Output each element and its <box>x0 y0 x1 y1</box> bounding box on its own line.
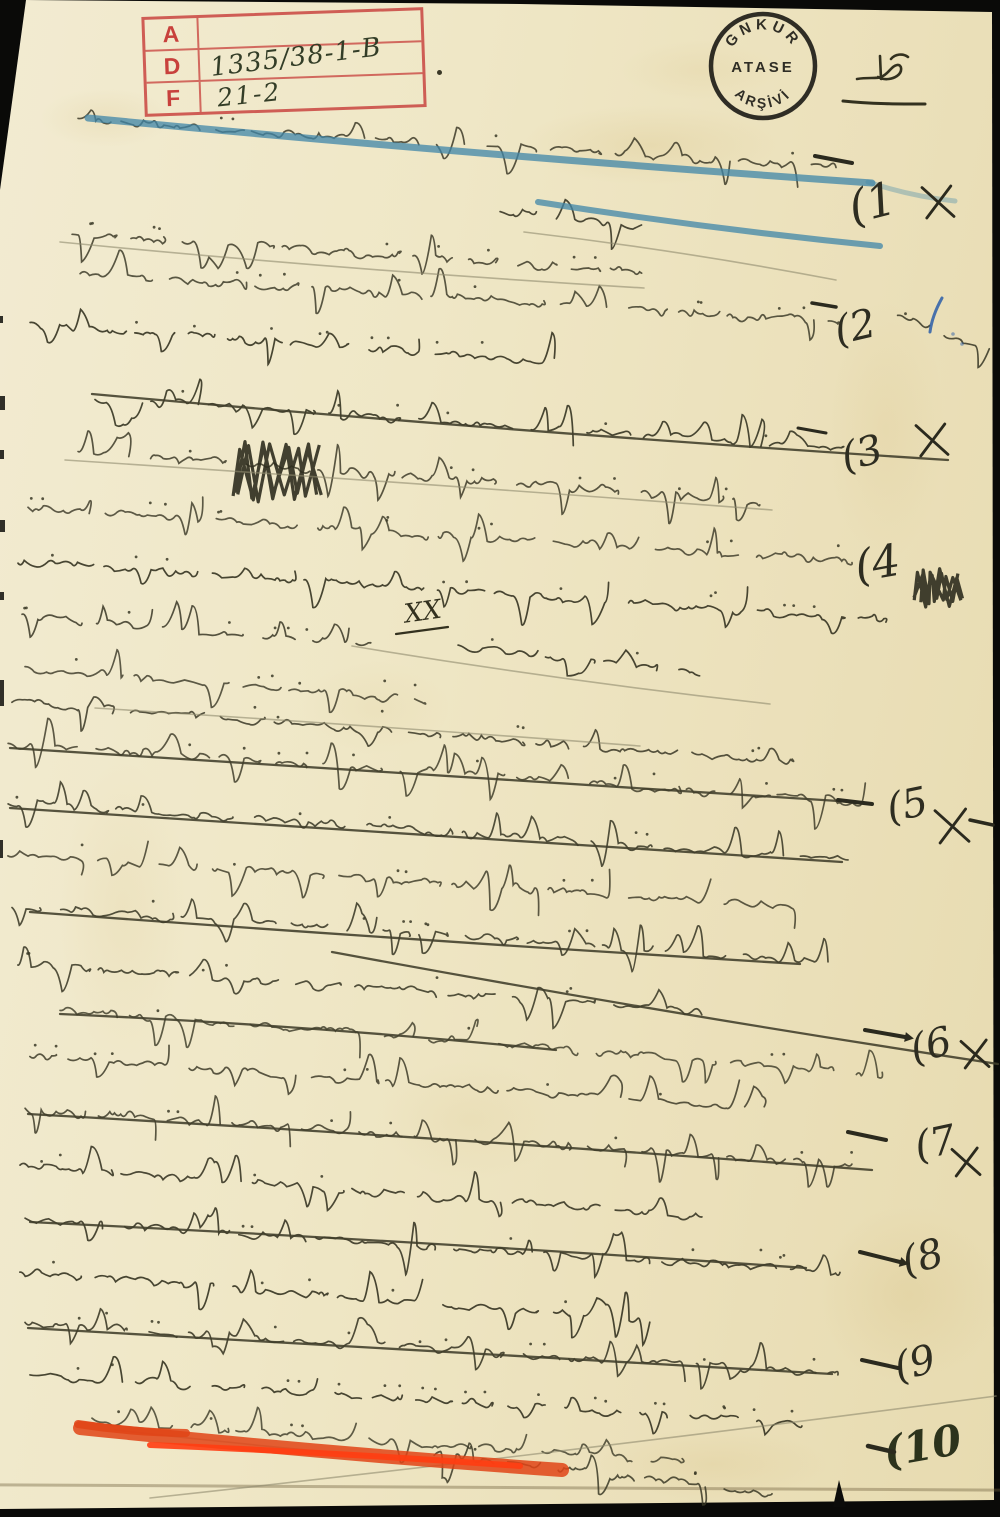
stamp-bottom-text: ARŞİVİ <box>732 85 794 111</box>
diacritic-dot <box>904 312 907 315</box>
diacritic-dot <box>434 1388 437 1391</box>
scan-edge-speck <box>0 592 4 600</box>
diacritic-dot <box>791 152 794 155</box>
diacritic-dot <box>568 930 571 933</box>
diacritic-dot <box>392 1289 395 1292</box>
diacritic-dot <box>242 1225 245 1228</box>
diacritic-dot <box>381 710 384 713</box>
diacritic-dot <box>402 920 405 923</box>
blue-check-mark <box>930 298 942 332</box>
diacritic-dot <box>389 1122 392 1125</box>
stamp-letter-d: D <box>146 50 201 82</box>
item-marker-1: (1 <box>843 171 902 235</box>
stamp-middle-text: ATASE <box>731 59 795 76</box>
diacritic-dot <box>765 782 768 785</box>
diacritic-dot <box>703 1358 706 1361</box>
script-line <box>20 1147 702 1220</box>
diacritic-dot <box>257 676 260 679</box>
diacritic-dot <box>40 1160 43 1163</box>
diacritic-dot <box>753 1408 756 1411</box>
handwritten-note-mark <box>843 55 925 104</box>
diacritic-dot <box>659 1093 662 1096</box>
diacritic-dot <box>474 1448 477 1451</box>
diacritic-dot <box>509 1237 512 1240</box>
dash-mark <box>815 156 852 163</box>
diacritic-dot <box>30 497 33 500</box>
diacritic-dot <box>51 554 54 557</box>
x-mark <box>935 809 969 843</box>
diacritic-dot <box>700 301 703 304</box>
diacritic-dot <box>274 627 277 630</box>
diacritic-dot <box>723 1407 726 1410</box>
diacritic-dot <box>529 1343 532 1346</box>
diacritic-dot <box>135 321 138 324</box>
script-line <box>18 560 887 633</box>
diacritic-dot <box>586 929 589 932</box>
diacritic-dot <box>446 412 449 415</box>
diacritic-dot <box>491 638 494 641</box>
diacritic-dot <box>81 844 84 847</box>
diacritic-dot <box>386 243 389 246</box>
diacritic-dot <box>692 1248 695 1251</box>
script-line <box>60 1008 882 1084</box>
diacritic-dot <box>337 404 340 407</box>
diacritic-dot <box>442 581 445 584</box>
diacritic-dot <box>25 607 28 610</box>
diacritic-dot <box>635 831 638 834</box>
diacritic-dot <box>706 540 709 543</box>
diacritic-dot <box>760 1249 763 1252</box>
diacritic-dot <box>563 879 566 882</box>
diacritic-dot <box>464 1391 467 1394</box>
corps-numeral: XX <box>400 594 444 629</box>
diacritic-dot <box>803 306 806 309</box>
diacritic-dot <box>308 1278 311 1281</box>
scan-edge-speck <box>0 520 5 532</box>
diacritic-dot <box>233 863 236 866</box>
diacritic-dot <box>579 477 582 480</box>
diacritic-dot <box>543 1343 546 1346</box>
script-line <box>30 1357 802 1435</box>
classification-stamp: A D 1335/38-1-B F 21-2 <box>141 7 426 117</box>
diacritic-dot <box>841 789 844 792</box>
diacritic-dot <box>228 621 231 624</box>
diacritic-dot <box>388 816 391 819</box>
diacritic-dot <box>320 1175 323 1178</box>
diacritic-dot <box>41 497 44 500</box>
diacritic-dot <box>751 749 754 752</box>
diacritic-dot <box>636 652 639 655</box>
stamp-value-d: 1335/38-1-B <box>200 42 423 80</box>
diacritic-dot <box>445 1338 448 1341</box>
diacritic-dot <box>188 743 191 746</box>
diacritic-dot <box>352 754 355 757</box>
diacritic-dot <box>573 256 576 259</box>
diacritic-dot <box>450 466 453 469</box>
diacritic-dot <box>202 969 205 972</box>
diacritic-dot <box>791 1410 794 1413</box>
diacritic-dot <box>149 502 152 505</box>
diacritic-dot <box>290 1424 293 1427</box>
diacritic-dot <box>614 1137 617 1140</box>
scan-edge-notch <box>833 1480 846 1507</box>
item-marker-4: (4 <box>851 535 904 593</box>
diacritic-dot <box>157 1321 160 1324</box>
diacritic-dot <box>487 249 490 252</box>
diacritic-dot <box>254 706 257 709</box>
diacritic-dot <box>653 773 656 776</box>
diacritic-dot <box>34 1044 37 1047</box>
diacritic-dot <box>783 1254 786 1257</box>
diacritic-dot <box>613 477 616 480</box>
diacritic-dot <box>472 468 475 471</box>
diacritic-dot <box>343 1068 346 1071</box>
diacritic-dot <box>78 1317 81 1320</box>
scan-edge-speck <box>0 450 4 459</box>
diacritic-dot <box>419 1340 422 1343</box>
item-marker-6: (6 <box>905 1018 956 1073</box>
diacritic-dot <box>105 1312 108 1315</box>
diacritic-dot <box>135 556 138 559</box>
diacritic-dot <box>193 325 196 328</box>
diacritic-dot <box>765 434 768 437</box>
diacritic-dot <box>319 332 322 335</box>
script-line <box>78 431 760 524</box>
blue-pencil-underline <box>88 118 872 183</box>
script-line <box>30 309 555 364</box>
item-marker-8: (8 <box>897 1230 949 1285</box>
script-line <box>8 841 795 928</box>
diacritic-dot <box>251 1225 254 1228</box>
diacritic-dot <box>158 227 161 230</box>
diacritic-dot <box>779 1256 782 1259</box>
diacritic-dot <box>225 964 228 967</box>
x-mark <box>916 424 948 456</box>
diacritic-dot <box>566 990 569 993</box>
strike-line <box>60 1014 556 1050</box>
diacritic-dot <box>730 540 733 543</box>
diacritic-dot <box>560 587 563 590</box>
diacritic-dot <box>495 134 498 137</box>
diacritic-dot <box>537 1393 540 1396</box>
strike-line <box>10 808 842 862</box>
item-marker-2: (2 <box>830 300 880 354</box>
diacritic-dot <box>77 1367 80 1370</box>
strike-line <box>30 1222 806 1268</box>
diacritic-dot <box>301 1424 304 1427</box>
diacritic-dot <box>298 682 301 685</box>
script-line <box>25 650 426 713</box>
diacritic-dot <box>371 336 374 339</box>
item-marker-10: (10 <box>880 1415 966 1477</box>
scan-edge-speck <box>0 680 4 706</box>
diacritic-dot <box>142 803 145 806</box>
diacritic-dot <box>437 245 440 248</box>
diacritic-dot <box>604 422 607 425</box>
corps-numeral-underline <box>396 627 448 634</box>
diacritic-dot <box>94 1052 97 1055</box>
diacritic-dot <box>398 1384 401 1387</box>
diacritic-dot <box>217 511 220 514</box>
diacritic-dot <box>261 1282 264 1285</box>
diacritic-dot <box>330 1119 333 1122</box>
diacritic-dot <box>564 1300 567 1303</box>
diacritic-dot <box>385 519 388 522</box>
diacritic-dot <box>287 627 290 630</box>
dash-mark <box>860 1252 900 1262</box>
diacritic-dot <box>59 1154 62 1157</box>
diacritic-dot <box>694 1471 697 1474</box>
diacritic-dot <box>164 503 167 506</box>
diacritic-dot <box>89 222 92 225</box>
archive-document-scan: GNKUR ATASE ARŞİVİ (1(2(3(4(5(6(7(8(9(10… <box>0 0 1000 1517</box>
scan-edge-speck <box>0 840 3 858</box>
diacritic-dot <box>783 604 786 607</box>
diacritic-dot <box>111 1052 114 1055</box>
stamp-letter-a: A <box>144 18 199 50</box>
diacritic-dot <box>387 337 390 340</box>
diacritic-dot <box>111 1363 114 1366</box>
diacritic-dot <box>305 628 308 631</box>
stamp-letter-f: F <box>147 82 202 114</box>
item-marker-9: (9 <box>889 1336 940 1391</box>
diacritic-dot <box>646 833 649 836</box>
diacritic-dot <box>604 1400 607 1403</box>
diacritic-dot <box>778 307 781 310</box>
diacritic-dot <box>663 1403 666 1406</box>
diacritic-dot <box>383 680 386 683</box>
diacritic-dot <box>414 684 417 687</box>
script-line <box>898 315 990 367</box>
diacritic-dot <box>177 1110 180 1113</box>
item-marker-7: (7 <box>910 1116 960 1170</box>
diacritic-dot <box>436 976 439 979</box>
diacritic-dot <box>181 390 184 393</box>
strike-line <box>10 748 854 802</box>
diacritic-dot <box>405 870 408 873</box>
diacritic-dot <box>522 726 525 729</box>
diacritic-dot <box>714 591 717 594</box>
diacritic-dot <box>152 900 155 903</box>
diacritic-dot <box>348 1332 351 1335</box>
diacritic-dot <box>75 658 78 661</box>
handwriting-ink-layer: GNKUR ATASE ARŞİVİ (1(2(3(4(5(6(7(8(9(10… <box>0 0 1000 1517</box>
diacritic-dot <box>678 487 681 490</box>
diacritic-dot <box>397 869 400 872</box>
strike-line <box>332 952 998 1064</box>
diacritic-dot <box>421 1387 424 1390</box>
diacritic-dot <box>424 922 427 925</box>
diacritic-dot <box>55 1045 58 1048</box>
diacritic-dot <box>474 285 477 288</box>
stamp-value-f: 21-2 <box>201 74 424 112</box>
diacritic-dot <box>167 1110 170 1113</box>
diacritic-dot <box>236 271 239 274</box>
diacritic-dot <box>725 488 728 491</box>
pencil-line <box>352 646 770 704</box>
diacritic-dot <box>189 450 192 453</box>
scan-edge-speck <box>0 396 5 410</box>
strike-line <box>92 394 948 460</box>
folder-number-handwritten: 21-2 <box>216 77 283 113</box>
diacritic-dot <box>436 341 439 344</box>
diacritic-dot <box>614 777 617 780</box>
diacritic-dot <box>16 796 19 799</box>
diacritic-dot <box>298 1380 301 1383</box>
diacritic-dot <box>813 1358 816 1361</box>
diacritic-dot <box>220 510 223 513</box>
diacritic-dot <box>484 1391 487 1394</box>
diacritic-dot <box>299 812 302 815</box>
dash-mark <box>865 1030 905 1037</box>
diacritic-dot <box>476 760 479 763</box>
diacritic-dot <box>326 331 329 334</box>
diacritic-dot <box>594 256 597 259</box>
archive-round-stamp: GNKUR ATASE ARŞİVİ <box>711 14 815 118</box>
script-line <box>458 645 699 676</box>
diacritic-dot <box>210 1417 213 1420</box>
diacritic-dot <box>546 1083 549 1086</box>
diacritic-dot <box>306 752 309 755</box>
diacritic-dot <box>478 527 481 530</box>
diacritic-dot <box>338 1383 341 1386</box>
diacritic-dot <box>151 1320 154 1323</box>
script-line <box>25 1208 840 1277</box>
diacritic-dot <box>278 752 281 755</box>
dash-mark <box>848 1132 886 1140</box>
diacritic-dot <box>813 605 816 608</box>
dash-mark <box>970 820 993 825</box>
blue-ink-dot <box>960 342 964 346</box>
diacritic-dot <box>697 301 700 304</box>
script-line <box>22 602 371 646</box>
diacritic-dot <box>490 523 493 526</box>
diacritic-dot <box>157 1009 160 1012</box>
diacritic-dot <box>757 747 760 750</box>
diacritic-dot <box>569 987 572 990</box>
diacritic-dot <box>800 1151 803 1154</box>
diacritic-dot <box>128 611 131 614</box>
diacritic-dot <box>832 788 835 791</box>
diacritic-dot <box>517 725 520 728</box>
diacritic-dot <box>283 273 286 276</box>
dash-mark <box>812 303 836 307</box>
diacritic-dot <box>117 1410 120 1413</box>
diacritic-dot <box>771 1053 774 1056</box>
scribble-blot <box>914 569 963 607</box>
script-line <box>30 1045 766 1108</box>
ink-dot <box>437 70 442 75</box>
scan-edge-speck <box>0 316 3 323</box>
diacritic-dot <box>253 1174 256 1177</box>
diacritic-dot <box>591 879 594 882</box>
script-line <box>25 1309 838 1389</box>
diacritic-dot <box>710 594 713 597</box>
diacritic-dot <box>654 1402 657 1405</box>
diacritic-dot <box>398 279 401 282</box>
diacritic-dot <box>384 1384 387 1387</box>
diacritic-dot <box>166 558 169 561</box>
diacritic-dot <box>850 1151 853 1154</box>
diacritic-dot <box>259 274 262 277</box>
script-line <box>434 1443 772 1505</box>
diacritic-dot <box>363 917 366 920</box>
diacritic-dot <box>366 1068 369 1071</box>
pencil-line <box>65 460 772 510</box>
strike-line <box>28 1328 832 1374</box>
diacritic-dot <box>220 117 223 120</box>
diacritic-dot <box>243 747 246 750</box>
diacritic-dot <box>837 544 840 547</box>
diacritic-dot <box>481 341 484 344</box>
item-marker-5: (5 <box>882 779 932 833</box>
diacritic-dot <box>594 1397 597 1400</box>
script-line <box>8 718 865 828</box>
diacritic-dot <box>386 516 389 519</box>
strike-line <box>30 912 800 964</box>
diacritic-dot <box>782 1053 785 1056</box>
x-mark <box>961 1040 989 1068</box>
diacritic-dot <box>465 580 468 583</box>
diacritic-dot <box>277 716 280 719</box>
diacritic-dot <box>792 604 795 607</box>
diacritic-dot <box>467 1027 470 1030</box>
diacritic-dot <box>274 1326 277 1329</box>
diacritic-dot <box>396 404 399 407</box>
diacritic-dot <box>287 1379 290 1382</box>
blue-ink-dot <box>951 332 955 336</box>
diacritic-dot <box>409 920 412 923</box>
diacritic-dot <box>26 952 29 955</box>
diacritic-dot <box>232 118 235 121</box>
diacritic-dot <box>271 675 274 678</box>
diacritic-dot <box>270 327 273 330</box>
diacritic-dot <box>153 226 156 229</box>
dash-mark <box>838 800 872 804</box>
item-marker-3: (3 <box>836 426 887 481</box>
script-line <box>95 379 844 450</box>
diacritic-dot <box>52 1261 55 1264</box>
script-line <box>12 899 828 971</box>
dash-mark <box>798 428 826 433</box>
